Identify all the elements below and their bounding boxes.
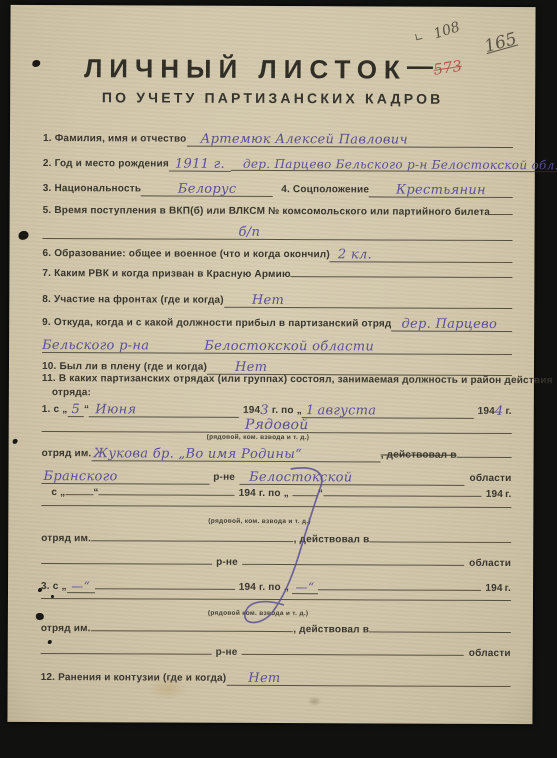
entry-1-rne-label: р-не <box>209 472 239 483</box>
entry-2-year2-prefix: 194 <box>482 489 503 500</box>
entry-1-otryad-row: отряд им. Жукова бр. „Во имя Родины“ , д… <box>42 445 512 463</box>
field-12-line: Нет <box>226 670 510 687</box>
field-8-label: 8. Участие на фронтах (где и когда) <box>42 294 224 306</box>
entry-1-district-line: Бранского <box>41 468 209 485</box>
field-4-handwriting: Крестьянин <box>396 183 486 198</box>
field-9-handwriting: дер. Парцево <box>401 317 497 332</box>
entry-2-position-row <box>41 505 511 508</box>
strike-dash-mark: — <box>407 51 433 82</box>
field-6-handwriting: 2 кл. <box>338 247 372 262</box>
field-4-label: 4. Соцположение <box>273 184 369 195</box>
ink-spot <box>13 439 18 444</box>
entry-3-otryad-line <box>91 630 294 632</box>
entry-3-acted-label: , действовал в <box>293 624 369 635</box>
field-5-line <box>490 214 513 215</box>
check-glyph: ∟ <box>413 30 425 45</box>
field-10-label: 10. Был ли в плену (где и когда) <box>42 361 207 373</box>
ink-spot <box>19 231 29 240</box>
entry-3-otryad-row: отряд им. , действовал в <box>41 623 511 636</box>
entry-1-district-row: Бранского р-не Белостокской области <box>41 468 511 486</box>
field-11-label-line1: 11. В каких партизанских отрядах (или гр… <box>42 373 553 386</box>
entry-1-otryad-label: отряд им. <box>42 448 92 459</box>
field-4-line: Крестьянин <box>369 181 513 198</box>
field-6-line: 2 кл. <box>330 246 513 263</box>
field-3-label: 3. Национальность <box>43 183 141 194</box>
field-2-label: 2. Год и место рождения <box>43 158 169 170</box>
entry-2-dates-row: с „ “ 194 г. по „ “ 194 г. <box>41 487 511 500</box>
field-2-place-line: дер. Парцево Бельского р-н Белостокской … <box>231 156 557 172</box>
entry-3-oblast-line <box>242 654 464 656</box>
field-11-label-row2: отряда: <box>42 387 512 400</box>
entry-3-otryad-label: отряд им. <box>41 623 91 634</box>
entry-1-year-prefix: 194 <box>239 405 260 416</box>
entry-3-dates-row: 3. с „ —“ 194 г. по „ —“ 194 г. <box>41 578 511 595</box>
field-9-label: 9. Откуда, когда и с какой должности при… <box>42 317 391 330</box>
ink-spot <box>48 640 52 644</box>
entry-2-position-line <box>41 505 511 508</box>
red-crossed-number: 573 <box>432 57 463 79</box>
entry-2-g: г. по „ <box>256 488 292 499</box>
entry-3-day2-line: —“ <box>292 579 318 594</box>
field-5-label: 5. Время поступления в ВКП(б) или ВЛКСМ … <box>43 205 490 218</box>
field-1-handwriting: Артемюк Алексей Павлович <box>200 132 407 148</box>
entry-2-position-hint: (рядовой, ком. взвода и т. д.) <box>208 518 311 525</box>
entry-2-otryad-row: отряд им. , действовал в <box>41 533 511 546</box>
entry-3-dash1: —“ <box>71 579 90 593</box>
entry-3-month2-line <box>318 589 481 591</box>
field-9-district-handwriting: Бельского р-на <box>42 338 149 353</box>
field-5-party-row: 5. Время поступления в ВКП(б) или ВЛКСМ … <box>43 205 513 218</box>
entry-1-oblast-line: Белостокской <box>239 469 465 486</box>
entry-2-acted-label: , действовал в <box>294 534 370 545</box>
entry-2-month2-line <box>323 495 482 497</box>
field-6-label: 6. Образование: общее и военное (что и к… <box>42 248 329 260</box>
field-11-label-line2: отряда: <box>42 387 91 398</box>
entry-3-district-line <box>41 653 212 655</box>
field-2-birth: 2. Год и место рождения 1911 г. дер. Пар… <box>43 155 513 173</box>
entry-3-prefix: 3. с „ <box>41 581 67 592</box>
entry-2-rne-label: р-не <box>212 557 242 568</box>
field-3-handwriting: Белорус <box>178 182 237 197</box>
field-12-handwriting: Нет <box>248 671 280 686</box>
field-3-line: Белорус <box>141 180 273 197</box>
entry-3-oblast-label: области <box>464 648 511 659</box>
entry-1-otryad-line: Жукова бр. „Во имя Родины“ <box>91 445 380 462</box>
entry-2-district-line <box>41 563 212 565</box>
entry-2-day2-line <box>292 495 318 496</box>
field-5-continuation-row: б/п <box>43 223 513 241</box>
entry-1-oblast-handwriting: Белостокской <box>249 470 352 485</box>
entry-1-otryad-handwriting: Жукова бр. „Во имя Родины“ <box>93 446 302 462</box>
entry-1-acted-line <box>457 457 512 458</box>
entry-1-position-row: Рядовой <box>42 415 512 434</box>
field-8-line: Нет <box>224 292 512 309</box>
entry-2-quote: “ <box>93 487 98 498</box>
field-1-surname: 1. Фамилия, имя и отчество Артемюк Алекс… <box>43 130 513 148</box>
field-9-arrival: 9. Откуда, когда и с какой должности при… <box>42 314 512 332</box>
document-subtitle: ПО УЧЕТУ ПАРТИЗАНСКИХ КАДРОВ <box>10 89 535 107</box>
field-5-handwriting: б/п <box>239 225 261 240</box>
field-12-wounds: 12. Ранения и контузии (где и когда) Нет <box>41 669 511 687</box>
field-12-label: 12. Ранения и контузии (где и когда) <box>41 672 227 684</box>
entry-2-day-line <box>65 494 93 495</box>
field-9-continuation-row: Бельского р-наБелостокской области <box>42 337 512 355</box>
entry-1-po: по „ <box>281 405 302 416</box>
entry-2-quote2: “ <box>318 488 323 499</box>
field-6-education: 6. Образование: общее и военное (что и к… <box>42 245 512 263</box>
entry-1-position-handwriting: Рядовой <box>245 417 309 433</box>
entry-3-year-prefix: 194 <box>235 582 256 593</box>
entry-1-oblast-label: области <box>465 473 512 484</box>
entry-1-year2-prefix: 194 <box>474 406 495 417</box>
field-7-label: 7. Каким РВК и когда призван в Красную А… <box>42 268 290 280</box>
entry-3-dash2: —“ <box>296 580 315 594</box>
entry-3-year2-prefix: 194 <box>481 583 502 594</box>
entry-1-position-hint: (рядовой, ком. взвода и т. д.) <box>207 434 310 441</box>
entry-2-otryad-label: отряд им. <box>41 533 91 544</box>
field-8-handwriting: Нет <box>252 293 284 308</box>
entry-2-month-line <box>99 494 235 496</box>
field-1-line: Артемюк Алексей Павлович <box>186 131 513 148</box>
field-9-oblast-handwriting: Белостокской области <box>204 339 374 355</box>
entry-2-acted-line <box>369 541 511 543</box>
entry-2-oblast-line <box>242 564 464 566</box>
entry-2-otryad-line <box>91 540 294 542</box>
entry-1-district-handwriting: Бранского <box>43 469 117 484</box>
field-8-fronts: 8. Участие на фронтах (где и когда) Нет <box>42 291 512 309</box>
entry-2-g2: г. <box>503 489 511 500</box>
field-9-continuation-line: Бельского р-наБелостокской области <box>42 337 512 355</box>
paper-stain <box>308 696 322 706</box>
entry-3-acted-line <box>369 631 511 633</box>
pencil-check-mark: ∟ <box>413 30 425 45</box>
ink-spot <box>35 613 44 621</box>
field-7-line <box>291 276 513 278</box>
field-5-continuation-line: б/п <box>43 223 513 241</box>
field-7-rvk: 7. Каким РВК и когда призван в Красную А… <box>42 268 512 281</box>
entry-2-oblast-label: области <box>464 558 511 569</box>
entry-3-position-line <box>41 598 511 601</box>
entry-3-month-line <box>95 588 235 590</box>
entry-3-district-row: р-не области <box>41 646 511 659</box>
field-9-line: дер. Парцево <box>391 316 512 333</box>
entry-1-position-line: Рядовой <box>42 415 512 434</box>
entry-3-g: г. по „ <box>256 582 292 593</box>
entry-2-district-row: р-не области <box>41 556 511 569</box>
document-title: ЛИЧНЫЙ ЛИСТОК <box>84 53 407 84</box>
field-2-year-line: 1911 г. <box>169 156 231 172</box>
entry-1-g2: г. <box>503 406 511 417</box>
field-1-label: 1. Фамилия, имя и отчество <box>43 133 187 145</box>
entry-3-g2: г. <box>503 583 511 594</box>
field-3-4-row: 3. Национальность Белорус 4. Соцположени… <box>43 180 513 198</box>
field-2-place-handwriting: дер. Парцево Бельского р-н Белостокской … <box>243 157 557 172</box>
entry-1-acted-label: , действовал в <box>381 449 457 460</box>
entry-1-g: г. <box>269 405 281 416</box>
field-2-year-handwriting: 1911 г. <box>175 157 225 172</box>
entry-3-rne-label: р-не <box>212 647 242 658</box>
entry-1-prefix: 1. с „ <box>42 404 68 415</box>
field-11-label-row1: 11. В каких партизанских отрядах (или гр… <box>42 373 512 386</box>
field-10-handwriting: Нет <box>235 360 267 375</box>
document-title-row: ЛИЧНЫЙ ЛИСТОК—573 <box>10 49 535 86</box>
entry-3-position-hint: (рядовой ком. взвода и т. д.) <box>208 610 309 617</box>
entry-2-prefix: с „ <box>41 487 65 498</box>
entry-2-year-prefix: 194 <box>235 488 256 499</box>
entry-3-position-row <box>41 598 511 601</box>
scanned-document-page: ∟ 108 165 ЛИЧНЫЙ ЛИСТОК—573 ПО УЧЕТУ ПАР… <box>0 0 557 758</box>
paper-sheet: ∟ 108 165 ЛИЧНЫЙ ЛИСТОК—573 ПО УЧЕТУ ПАР… <box>7 5 535 724</box>
pencil-number-108: 108 <box>432 19 462 42</box>
entry-3-day-line: —“ <box>67 578 95 593</box>
